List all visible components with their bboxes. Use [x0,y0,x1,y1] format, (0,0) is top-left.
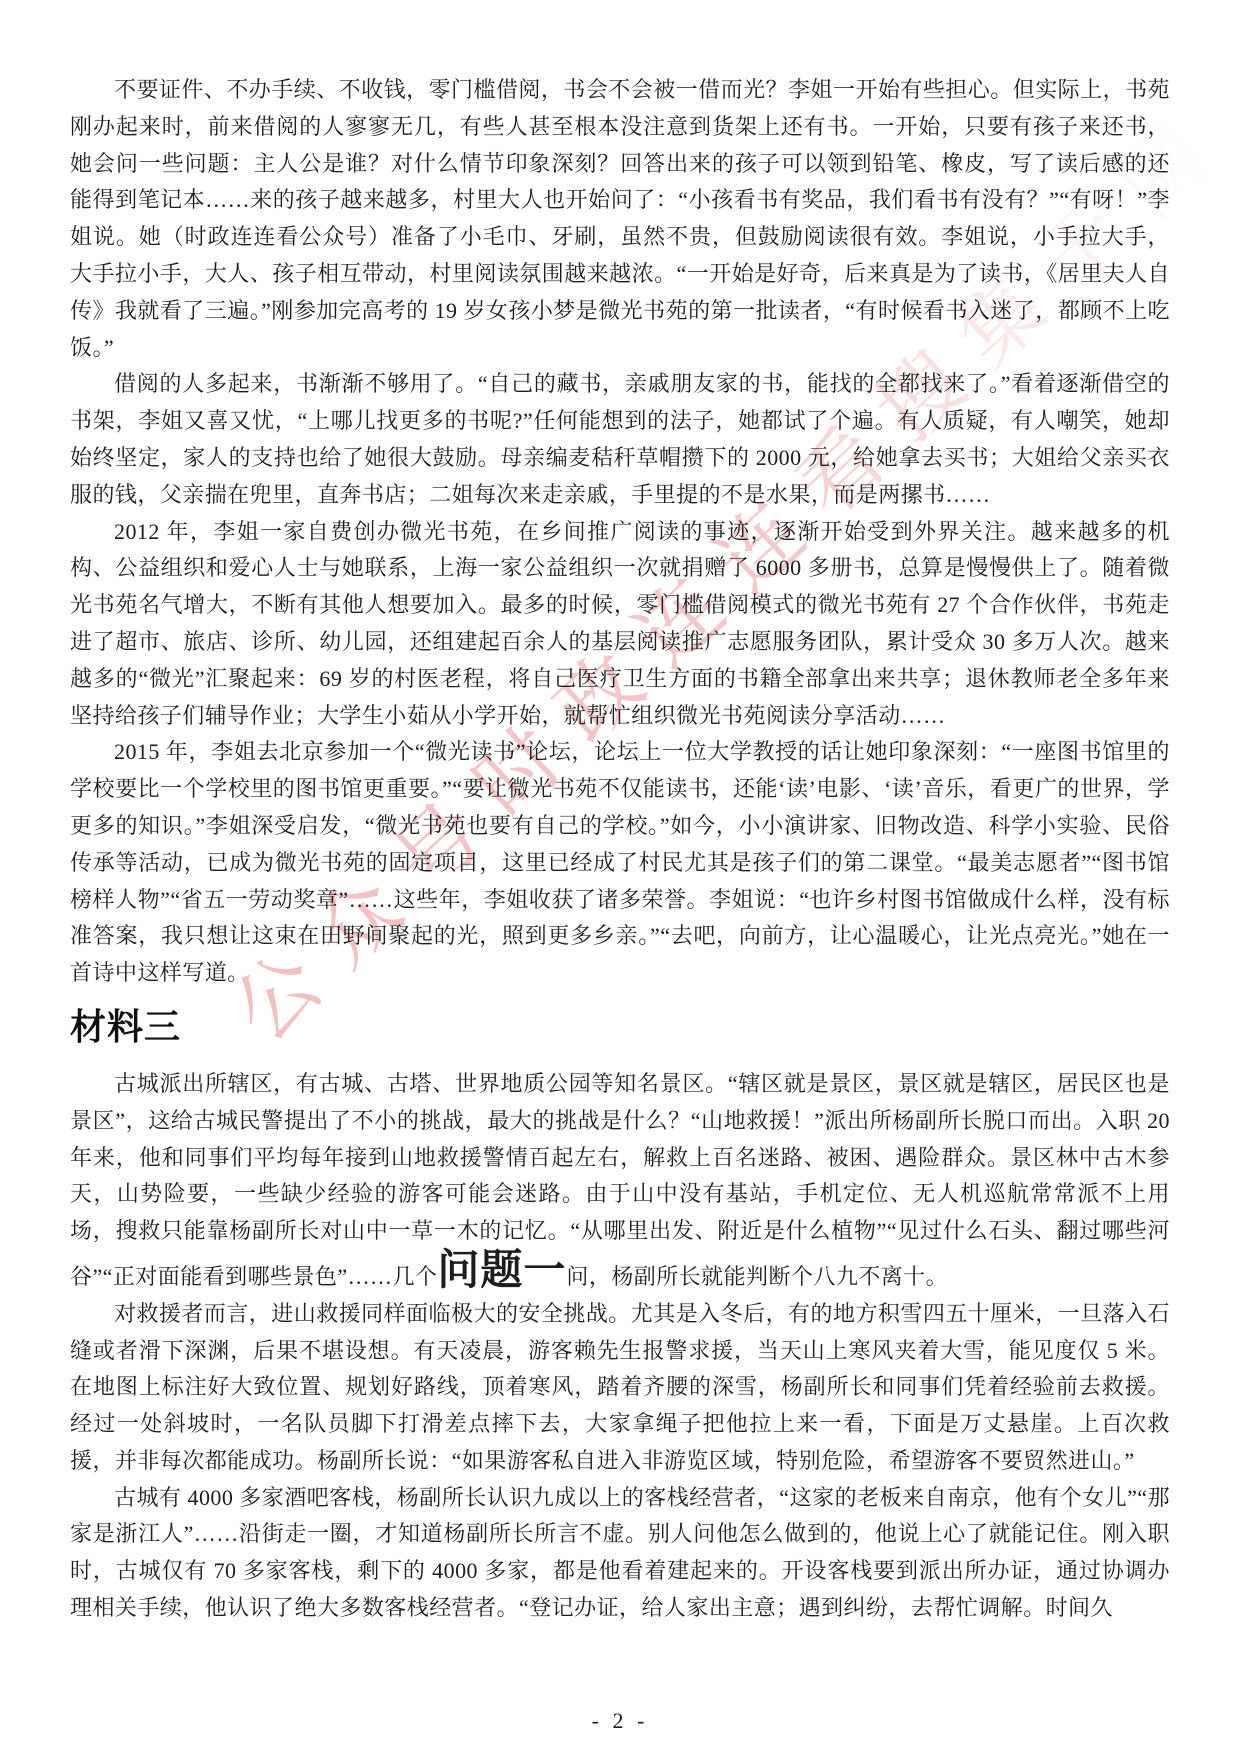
material2-paragraph-1: 不要证件、不办手续、不收钱，零门槛借阅，书会不会被一借而光？李姐一开始有些担心。… [70,72,1170,366]
page-content: 不要证件、不办手续、不收钱，零门槛借阅，书会不会被一借而光？李姐一开始有些担心。… [70,72,1170,1627]
material3-paragraph-1: 古城派出所辖区，有古城、古塔、世界地质公园等知名景区。“辖区就是景区，景区就是辖… [70,1066,1170,1296]
material3-p1-text-before: 古城派出所辖区，有古城、古塔、世界地质公园等知名景区。“辖区就是景区，景区就是辖… [70,1071,1170,1289]
material2-paragraph-3: 2012 年，李姐一家自费创办微光书苑，在乡间推广阅读的事迹，逐渐开始受到外界关… [70,514,1170,735]
material3-paragraph-3: 古城有 4000 多家酒吧客栈，杨副所长认识九成以上的客栈经营者，“这家的老板来… [70,1480,1170,1627]
material2-paragraph-4: 2015 年，李姐去北京参加一个“微光读书”论坛，论坛上一位大学教授的话让她印象… [70,734,1170,992]
material2-paragraph-2: 借阅的人多起来，书渐渐不够用了。“自己的藏书，亲戚朋友家的书，能找的全都找来了。… [70,366,1170,513]
material-three-heading: 材料三 [70,1004,1170,1051]
material3-p1-large-emphasis: 问题一 [437,1248,566,1294]
document-page: 公众号时政连连看搜集于网络 不要证件、不办手续、不收钱，零门槛借阅，书会不会被一… [0,0,1240,1754]
material3-paragraph-2: 对救援者而言，进山救援同样面临极大的安全挑战。尤其是入冬后，有的地方积雪四五十厘… [70,1296,1170,1480]
material3-p1-text-after: 问，杨副所长就能判断个八九不离十。 [566,1264,948,1289]
page-number: - 2 - [0,1708,1240,1734]
